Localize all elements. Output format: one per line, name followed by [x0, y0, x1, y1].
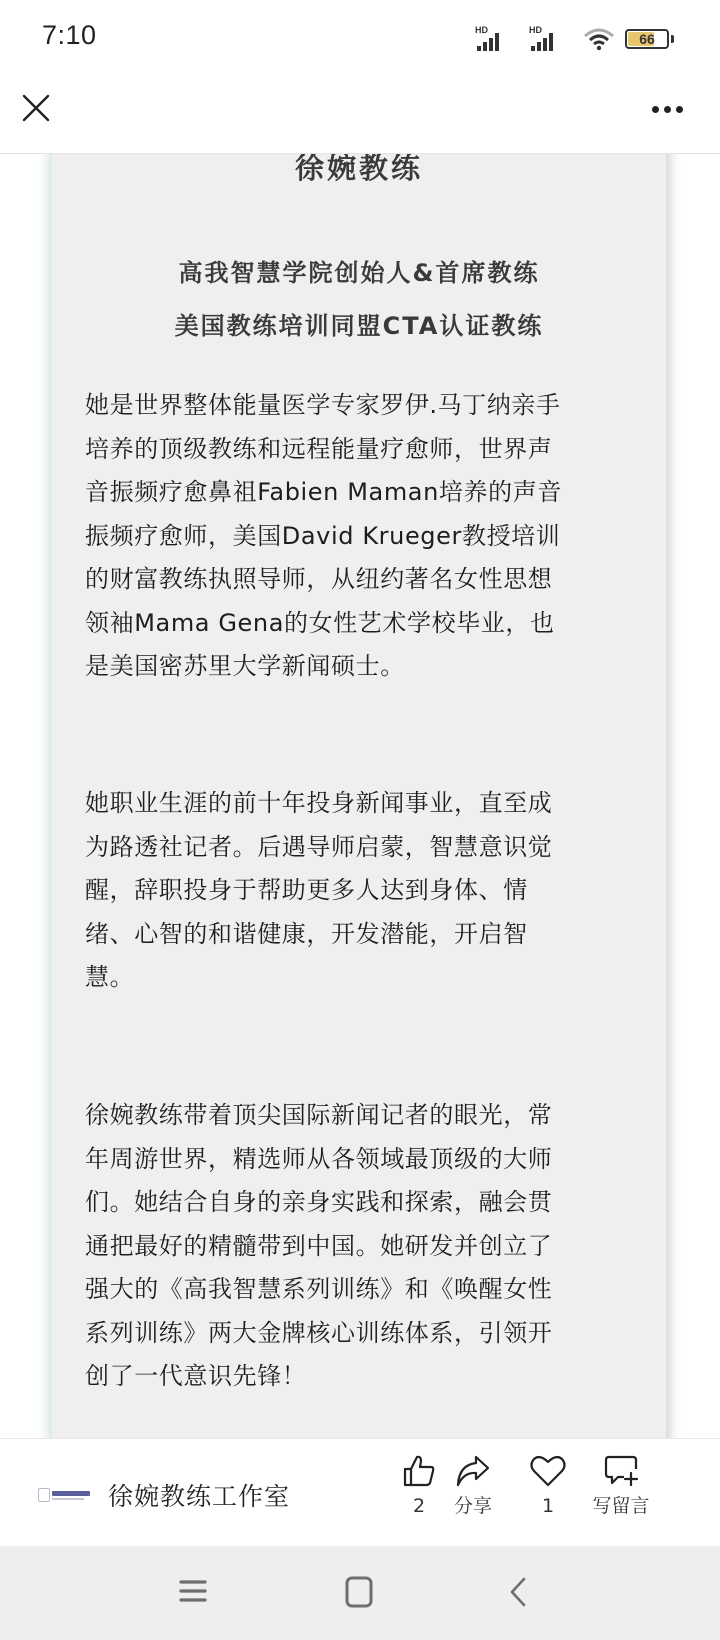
paragraph-line: 为路透社记者。后遇导师启蒙，智慧意识觉	[85, 826, 610, 870]
comment-add-icon	[602, 1453, 640, 1489]
paragraph-line: 系列训练》两大金牌核心训练体系，引领开	[85, 1312, 610, 1356]
paragraph-line: 是美国密苏里大学新闻硕士。	[85, 645, 610, 689]
recent-apps-button[interactable]	[178, 1576, 208, 1610]
battery-level: 66	[639, 31, 655, 47]
paragraph-line: 她职业生涯的前十年投身新闻事业，直至成	[85, 782, 610, 826]
account-logo[interactable]	[38, 1487, 94, 1503]
paragraph-line: 通把最好的精髓带到中国。她研发并创立了	[85, 1225, 610, 1269]
paragraph-line: 醒，辞职投身于帮助更多人达到身体、情	[85, 869, 610, 913]
back-button[interactable]	[506, 1576, 530, 1612]
paragraph-line: 徐婉教练带着顶尖国际新闻记者的眼光，常	[85, 1094, 610, 1138]
wifi-icon	[583, 27, 615, 51]
heart-icon	[529, 1453, 567, 1489]
article-subtitle-2: 美国教练培训同盟CTA认证教练	[52, 309, 666, 343]
cellular-signal-icon: HD	[475, 27, 519, 51]
home-icon	[344, 1576, 374, 1608]
menu-icon	[178, 1576, 208, 1606]
write-comment-label: 写留言	[576, 1495, 666, 1517]
battery-indicator: 66	[625, 29, 674, 49]
status-time: 7:10	[42, 20, 97, 51]
close-icon	[18, 90, 54, 126]
article-action-bar: 徐婉教练工作室 2 分享 1 写留言	[0, 1438, 720, 1546]
paragraph-line: 年周游世界，精选师从各领域最顶级的大师	[85, 1138, 610, 1182]
paragraph-line: 的财富教练执照导师，从纽约著名女性思想	[85, 558, 610, 602]
article-title: 徐婉教练	[52, 154, 666, 186]
article-card: 徐婉教练 高我智慧学院创始人&首席教练 美国教练培训同盟CTA认证教练 她是世界…	[50, 154, 668, 1438]
status-icons: HD HD 66	[475, 26, 674, 52]
article-paragraph-2: 她职业生涯的前十年投身新闻事业，直至成 为路透社记者。后遇导师启蒙，智慧意识觉 …	[85, 782, 610, 1000]
paragraph-line: 创了一代意识先锋！	[85, 1355, 610, 1399]
paragraph-line: 绪、心智的和谐健康，开发潜能，开启智	[85, 913, 610, 957]
paragraph-line: 音振频疗愈鼻祖Fabien Maman培养的声音	[85, 471, 610, 515]
back-icon	[506, 1576, 530, 1608]
account-name[interactable]: 徐婉教练工作室	[108, 1477, 290, 1513]
cellular-signal-icon-2: HD	[529, 27, 573, 51]
paragraph-line: 强大的《高我智慧系列训练》和《唤醒女性	[85, 1268, 610, 1312]
paragraph-line: 培养的顶级教练和远程能量疗愈师，世界声	[85, 428, 610, 472]
logo-mark-icon	[38, 1488, 50, 1502]
article-subtitle-1: 高我智慧学院创始人&首席教练	[52, 256, 666, 290]
article-paragraph-3: 徐婉教练带着顶尖国际新闻记者的眼光，常 年周游世界，精选师从各领域最顶级的大师 …	[85, 1094, 610, 1399]
home-button[interactable]	[344, 1576, 374, 1612]
paragraph-line: 领袖Mama Gena的女性艺术学校毕业，也	[85, 602, 610, 646]
more-options-button[interactable]	[652, 102, 692, 116]
write-comment-button[interactable]: 写留言	[576, 1453, 666, 1517]
paragraph-line: 她是世界整体能量医学专家罗伊.马丁纳亲手	[85, 384, 610, 428]
paragraph-line: 振频疗愈师，美国David Krueger教授培训	[85, 515, 610, 559]
top-nav-bar	[0, 78, 720, 154]
system-navigation-bar	[0, 1546, 720, 1640]
paragraph-line: 慧。	[85, 956, 610, 1000]
share-icon	[454, 1453, 492, 1489]
article-paragraph-1: 她是世界整体能量医学专家罗伊.马丁纳亲手 培养的顶级教练和远程能量疗愈师，世界声…	[85, 384, 610, 689]
article-content[interactable]: 徐婉教练 高我智慧学院创始人&首席教练 美国教练培训同盟CTA认证教练 她是世界…	[0, 154, 720, 1438]
more-options-icon	[652, 106, 659, 113]
close-button[interactable]	[18, 90, 54, 126]
paragraph-line: 们。她结合自身的亲身实践和探索，融会贯	[85, 1181, 610, 1225]
status-bar: 7:10 HD HD 66	[0, 0, 720, 78]
